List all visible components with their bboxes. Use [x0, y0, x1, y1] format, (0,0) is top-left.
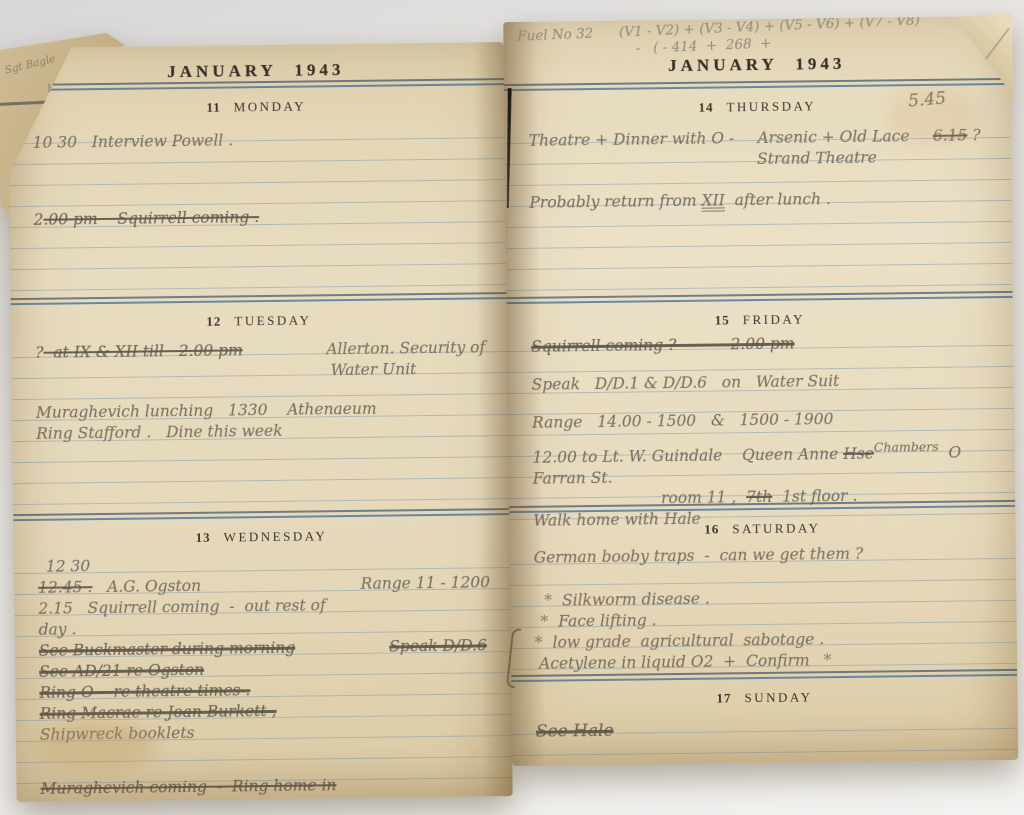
- entry-line: 10 30 Interview Powell .: [33, 127, 489, 154]
- day-number: 17: [716, 690, 731, 705]
- day-name: SUNDAY: [744, 689, 812, 705]
- left-page-paper: JANUARY 1943 11MONDAY 10 30 Interview Po…: [8, 42, 513, 802]
- entry-line: 12.00 to Lt. W. Guindale Queen Anne HseC…: [532, 442, 998, 490]
- day-section-17-sunday: 17SUNDAY See Hale: [511, 678, 1018, 766]
- tuesday-entries: ? at IX & XII till 2.00 pm Allerton. Sec…: [11, 331, 509, 514]
- day-section-12-tuesday: 12TUESDAY ? at IX & XII till 2.00 pm All…: [11, 301, 509, 514]
- time-note: 5.45: [908, 88, 947, 112]
- day-name: FRIDAY: [743, 311, 805, 327]
- diary-book: Sgt Bagle Hy Ho JANUARY 1943 11MONDAY 10…: [7, 16, 1018, 810]
- thursday-entries: Theatre + Dinner with O - Arsenic + Old …: [504, 117, 1012, 297]
- day-number: 14: [698, 100, 713, 115]
- wednesday-entries: 12 30 12.45 . A.G. Ogston Range 11 - 120…: [14, 547, 513, 802]
- day-name: WEDNESDAY: [224, 528, 328, 544]
- day-section-14-thursday: 14THURSDAY 5.45 Theatre + Dinner with O …: [504, 87, 1012, 297]
- entry-line: See Hale: [536, 716, 1002, 743]
- entry-line: Probably return from XII after lunch .: [529, 187, 995, 214]
- sunday-entries: See Hale: [512, 708, 1019, 766]
- right-month-title: JANUARY 1943: [668, 54, 845, 75]
- entry-line: Shipwreck booklets: [40, 719, 496, 746]
- entry-line: ? at IX & XII till 2.00 pm Allerton. Sec…: [35, 337, 491, 385]
- left-month-title: JANUARY 1943: [167, 60, 344, 81]
- monday-entries: 10 30 Interview Powell . 2.00 pm Squirre…: [8, 117, 506, 298]
- saturday-entries: German booby traps - can we get them ? *…: [510, 538, 1018, 675]
- entry-line: Speak D/D.1 & D/D.6 on Water Suit: [532, 369, 998, 396]
- day-name: MONDAY: [234, 99, 306, 115]
- diary-page-left: Sgt Bagle Hy Ho JANUARY 1943 11MONDAY 10…: [8, 42, 513, 802]
- day-section-15-friday: 15FRIDAY Squirrell coming ? 2.00 pm Spea…: [507, 300, 1015, 506]
- day-section-16-saturday: 16SATURDAY German booby traps - can we g…: [509, 509, 1017, 675]
- photo-background: Sgt Bagle Hy Ho JANUARY 1943 11MONDAY 10…: [0, 0, 1024, 815]
- entry-line: 2.00 pm Squirrell coming .: [33, 204, 489, 231]
- day-number: 13: [196, 530, 211, 545]
- right-page-paper: Fuel No 32 (V1 - V2) + (V3 - V4) + (V5 -…: [503, 16, 1018, 766]
- left-month-band: JANUARY 1943: [8, 42, 504, 84]
- day-number: 11: [206, 100, 220, 115]
- day-name: SATURDAY: [732, 520, 820, 536]
- day-section-13-wednesday: 13WEDNESDAY 12 30 12.45 . A.G. Ogston Ra…: [13, 517, 512, 802]
- day-name: THURSDAY: [726, 98, 816, 114]
- diary-page-right: Fuel No 32 (V1 - V2) + (V3 - V4) + (V5 -…: [503, 16, 1018, 766]
- day-name: TUESDAY: [234, 312, 311, 328]
- entry-line: German booby traps - can we get them ?: [534, 542, 1000, 569]
- entry-line: Range 14.00 - 1500 & 1500 - 1900: [532, 407, 998, 434]
- entry-line: Ring Stafford . Dine this week: [36, 418, 492, 445]
- day-number: 16: [704, 521, 719, 536]
- entry-line: Squirrell coming ? 2.00 pm: [531, 331, 997, 358]
- day-section-11-monday: 11MONDAY 10 30 Interview Powell . 2.00 p…: [8, 87, 506, 298]
- day-number: 15: [715, 312, 730, 327]
- day-number: 12: [206, 314, 221, 329]
